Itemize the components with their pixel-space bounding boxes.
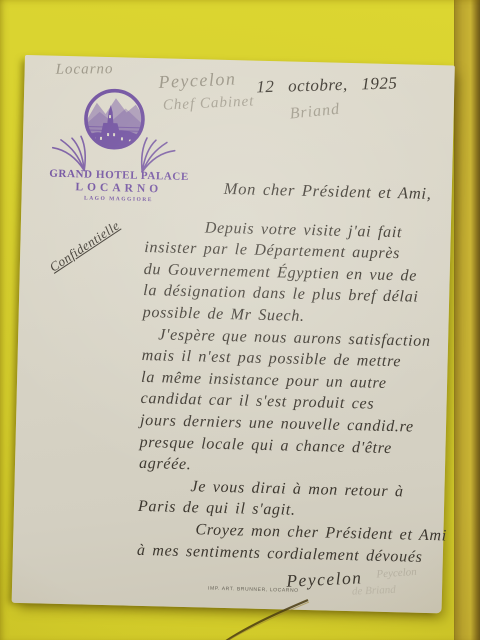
- hotel-emblem-logo: [48, 82, 180, 179]
- pencil-note-bottom-name: Peycelon: [376, 566, 417, 581]
- stray-hair-line: [210, 595, 320, 640]
- letter-date: 12 octobre, 1925: [256, 73, 398, 97]
- photo-scene: Locarno Peycelon 12 octobre, 1925 Chef C…: [0, 0, 480, 640]
- letter-body: Mon cher Président et Ami, Depuis votre …: [136, 176, 446, 591]
- pencil-note-briand: Briand: [289, 101, 341, 124]
- background-edge-band: [454, 0, 480, 640]
- pencil-note-place: Locarno: [56, 61, 114, 79]
- letter-salutation: Mon cher Président et Ami,: [224, 178, 446, 205]
- pencil-note-bottom-note: de Briand: [352, 584, 396, 598]
- printer-mark: IMP. ART. BRUNNER, LOCARNO: [208, 586, 299, 594]
- margin-note-confidential: Confidentielle: [47, 218, 123, 276]
- letter-paper: Locarno Peycelon 12 octobre, 1925 Chef C…: [12, 55, 455, 613]
